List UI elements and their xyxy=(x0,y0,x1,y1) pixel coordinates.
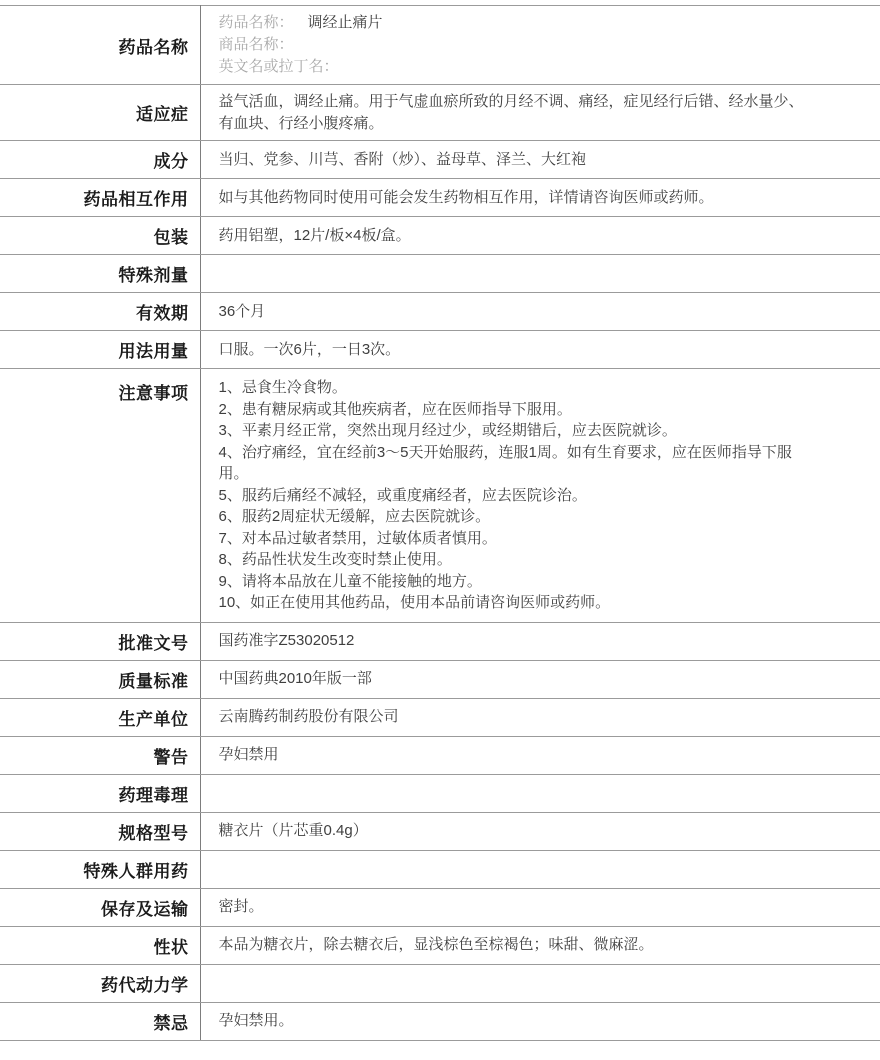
row-label-drug-interactions: 药品相互作用 xyxy=(0,179,200,217)
row-value-precautions: 1、忌食生冷食物。 2、患有糖尿病或其他疾病者，应在医师指导下服用。 3、平素月… xyxy=(200,369,880,623)
row-value-manufacturer: 云南腾药制药股份有限公司 xyxy=(200,698,880,736)
row-label-precautions: 注意事项 xyxy=(0,369,200,623)
table-row: 药品相互作用 如与其他药物同时使用可能会发生药物相互作用，详情请咨询医师或药师。 xyxy=(0,179,880,217)
table-row: 用法用量 口服。一次6片，一日3次。 xyxy=(0,331,880,369)
row-value-usage-dosage: 口服。一次6片，一日3次。 xyxy=(200,331,880,369)
row-value-warning: 孕妇禁用 xyxy=(200,736,880,774)
table-row: 生产单位 云南腾药制药股份有限公司 xyxy=(0,698,880,736)
row-label-special-dosage: 特殊剂量 xyxy=(0,255,200,293)
row-value-special-population xyxy=(200,850,880,888)
table-row: 特殊人群用药 xyxy=(0,850,880,888)
table-row: 特殊剂量 xyxy=(0,255,880,293)
row-value-packaging: 药用铝塑，12片/板×4板/盒。 xyxy=(200,217,880,255)
row-label-contraindications: 禁忌 xyxy=(0,1002,200,1040)
row-value-shelf-life: 36个月 xyxy=(200,293,880,331)
row-value-properties: 本品为糖衣片，除去糖衣后，显浅棕色至棕褐色；味甜、微麻涩。 xyxy=(200,926,880,964)
table-row: 药理毒理 xyxy=(0,774,880,812)
table-row: 性状 本品为糖衣片，除去糖衣后，显浅棕色至棕褐色；味甜、微麻涩。 xyxy=(0,926,880,964)
row-value-quality-standard: 中国药典2010年版一部 xyxy=(200,660,880,698)
table-row: 质量标准 中国药典2010年版一部 xyxy=(0,660,880,698)
row-label-usage-dosage: 用法用量 xyxy=(0,331,200,369)
table-row: 有效期 36个月 xyxy=(0,293,880,331)
table-row: 适应症 益气活血，调经止痛。用于气虚血瘀所致的月经不调、痛经，症见经行后错、经水… xyxy=(0,85,880,141)
latin-name-line: 英文名或拉丁名： xyxy=(219,56,813,78)
row-value-drug-interactions: 如与其他药物同时使用可能会发生药物相互作用，详情请咨询医师或药师。 xyxy=(200,179,880,217)
row-value-indications: 益气活血，调经止痛。用于气虚血瘀所致的月经不调、痛经，症见经行后错、经水量少、有… xyxy=(200,85,880,141)
row-label-properties: 性状 xyxy=(0,926,200,964)
row-label-packaging: 包装 xyxy=(0,217,200,255)
row-label-warning: 警告 xyxy=(0,736,200,774)
table-row: 禁忌 孕妇禁用。 xyxy=(0,1002,880,1040)
row-value-approval-number: 国药准字Z53020512 xyxy=(200,622,880,660)
row-label-approval-number: 批准文号 xyxy=(0,622,200,660)
drug-info-page: 药品名称 药品名称：调经止痛片 商品名称： 英文名或拉丁名： 适应症 益气活血，… xyxy=(0,0,880,1060)
row-value-pharmacokinetics xyxy=(200,964,880,1002)
row-label-special-population: 特殊人群用药 xyxy=(0,850,200,888)
row-value-special-dosage xyxy=(200,255,880,293)
table-row: 包装 药用铝塑，12片/板×4板/盒。 xyxy=(0,217,880,255)
drug-name-line: 药品名称：调经止痛片 xyxy=(219,12,813,34)
row-label-specification: 规格型号 xyxy=(0,812,200,850)
row-label-storage-transport: 保存及运输 xyxy=(0,888,200,926)
drug-info-table: 药品名称 药品名称：调经止痛片 商品名称： 英文名或拉丁名： 适应症 益气活血，… xyxy=(0,5,880,1041)
row-label-ingredients: 成分 xyxy=(0,141,200,179)
table-row: 警告 孕妇禁用 xyxy=(0,736,880,774)
table-row: 成分 当归、党参、川芎、香附（炒）、益母草、泽兰、大红袍 xyxy=(0,141,880,179)
drug-name-value: 调经止痛片 xyxy=(308,14,383,31)
trade-name-line: 商品名称： xyxy=(219,34,813,56)
row-label-manufacturer: 生产单位 xyxy=(0,698,200,736)
table-row: 注意事项 1、忌食生冷食物。 2、患有糖尿病或其他疾病者，应在医师指导下服用。 … xyxy=(0,369,880,623)
latin-name-prefix: 英文名或拉丁名： xyxy=(219,58,339,75)
row-value-pharmacology-toxicology xyxy=(200,774,880,812)
drug-name-prefix: 药品名称： xyxy=(219,14,294,31)
table-row: 规格型号 糖衣片（片芯重0.4g） xyxy=(0,812,880,850)
table-row: 药代动力学 xyxy=(0,964,880,1002)
row-value-specification: 糖衣片（片芯重0.4g） xyxy=(200,812,880,850)
row-label-pharmacology-toxicology: 药理毒理 xyxy=(0,774,200,812)
row-value-contraindications: 孕妇禁用。 xyxy=(200,1002,880,1040)
row-label-pharmacokinetics: 药代动力学 xyxy=(0,964,200,1002)
row-label-indications: 适应症 xyxy=(0,85,200,141)
table-row: 批准文号 国药准字Z53020512 xyxy=(0,622,880,660)
table-row: 保存及运输 密封。 xyxy=(0,888,880,926)
row-value-drug-name: 药品名称：调经止痛片 商品名称： 英文名或拉丁名： xyxy=(200,6,880,85)
row-label-drug-name: 药品名称 xyxy=(0,6,200,85)
row-label-shelf-life: 有效期 xyxy=(0,293,200,331)
row-label-quality-standard: 质量标准 xyxy=(0,660,200,698)
row-value-storage-transport: 密封。 xyxy=(200,888,880,926)
trade-name-prefix: 商品名称： xyxy=(219,36,294,53)
table-row: 药品名称 药品名称：调经止痛片 商品名称： 英文名或拉丁名： xyxy=(0,6,880,85)
row-value-ingredients: 当归、党参、川芎、香附（炒）、益母草、泽兰、大红袍 xyxy=(200,141,880,179)
